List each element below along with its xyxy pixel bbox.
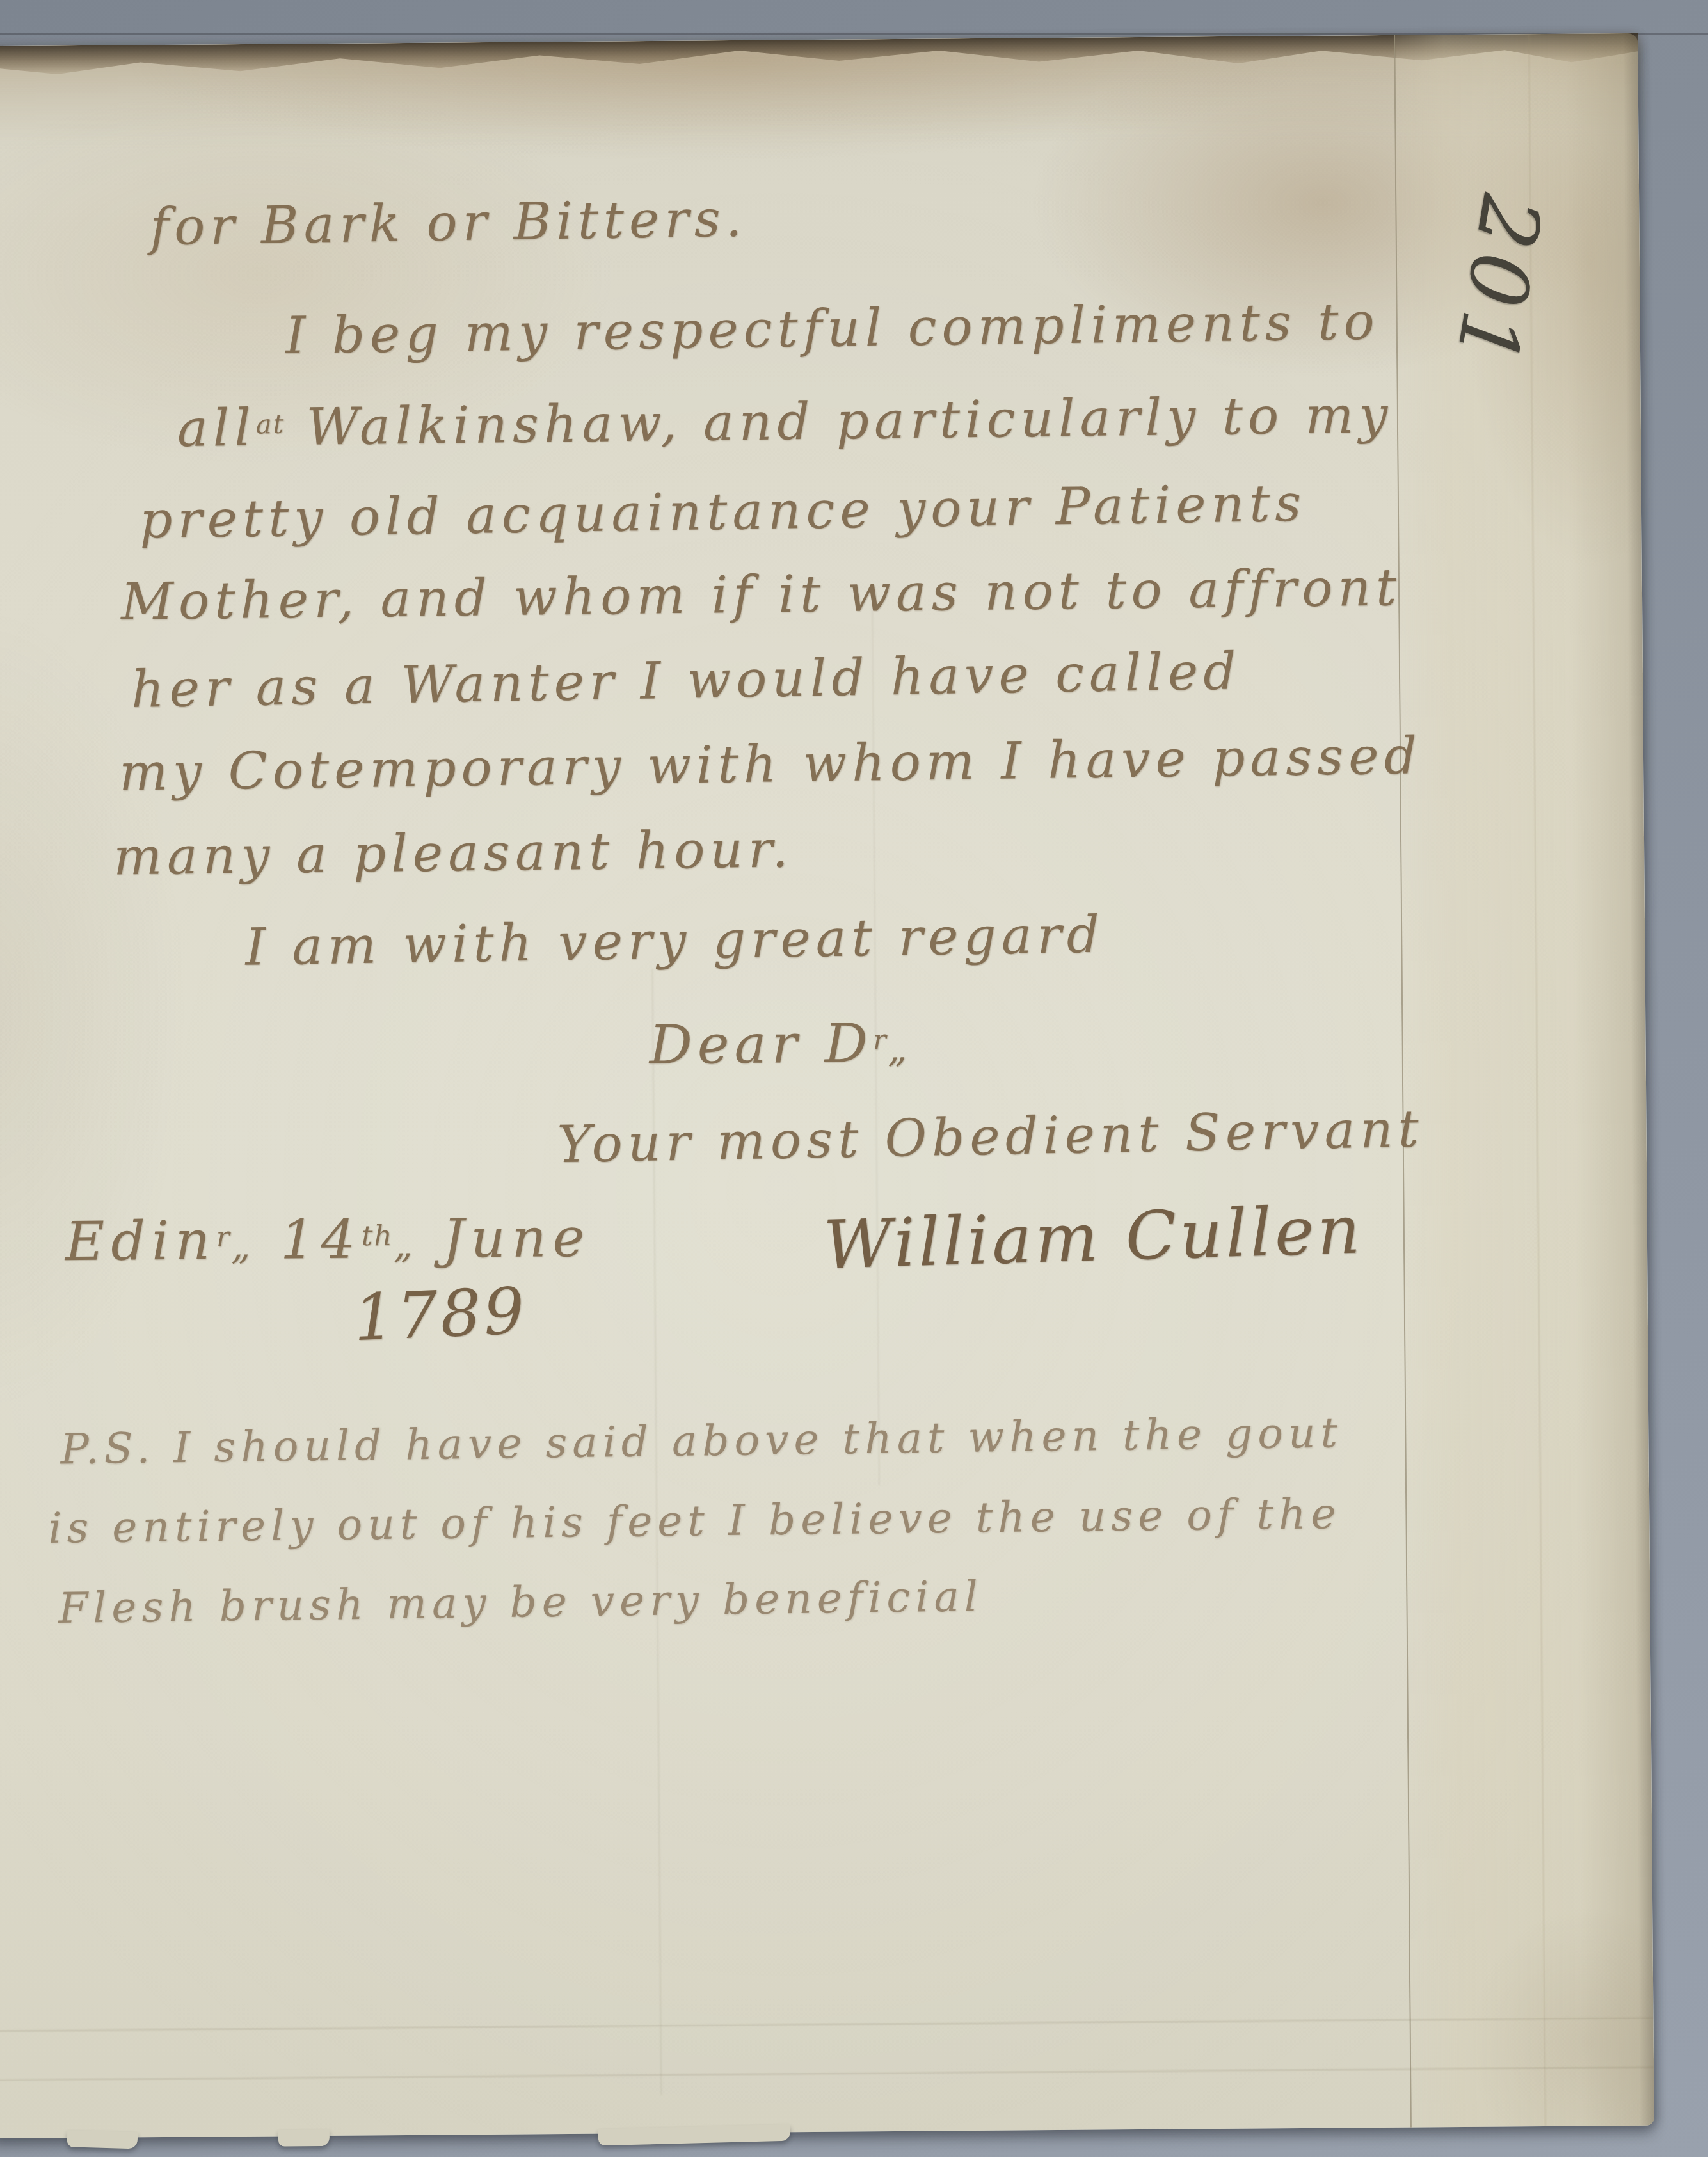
- letter-line-5: Mother, and whom if it was not to affron…: [121, 559, 1402, 630]
- page-number-text: 201: [1436, 188, 1559, 377]
- closing-regard-line: I am with very great regard: [245, 907, 1105, 976]
- bottom-torn-tab: [278, 2129, 330, 2147]
- letter-line-8: many a pleasant hour.: [113, 821, 794, 885]
- abbreviation-marks: „: [231, 1223, 257, 1268]
- letter-line-7: my Cotemporary with whom I have passed: [119, 728, 1423, 801]
- letter-line-3-word: all: [177, 398, 256, 458]
- letter-line-4: pretty old acquaintance your Patients: [139, 475, 1306, 549]
- salutation-text: Dear D: [649, 1012, 873, 1076]
- spacer: [257, 1209, 280, 1271]
- closing-servant-line: Your most Obedient Servant: [557, 1101, 1425, 1173]
- place-text: Edin: [65, 1209, 216, 1273]
- horizontal-crease: [0, 2067, 1654, 2081]
- month-text: June: [442, 1206, 591, 1270]
- horizontal-crease: [0, 2018, 1653, 2032]
- letter-line-3-rest: Walkinshaw, and particularly to my: [285, 385, 1393, 458]
- superscript-abbreviation: r: [873, 1024, 888, 1056]
- letter-line-6: her as a Wanter I would have called: [131, 643, 1241, 718]
- postscript-line-3: Flesh brush may be very beneficial: [58, 1573, 983, 1632]
- letter-line-1: for Bark or Bitters.: [150, 191, 747, 256]
- bottom-torn-tab: [67, 2130, 138, 2149]
- superscript-abbreviation: r: [216, 1221, 231, 1254]
- abbreviation-marks: „: [393, 1222, 419, 1266]
- letter-line-2: I beg my respectful compliments to: [285, 294, 1380, 364]
- salutation-line: Dear Dr„: [649, 1014, 912, 1075]
- spacer: [419, 1207, 443, 1270]
- day-text: 14: [280, 1208, 362, 1271]
- postscript-line-1: P.S. I should have said above that when …: [60, 1410, 1343, 1473]
- abbreviation-marks: „: [888, 1026, 913, 1071]
- letter-line-3: allat Walkinshaw, and particularly to my: [177, 387, 1393, 458]
- postscript-line-2: is entirely out of his feet I believe th…: [48, 1491, 1341, 1552]
- dateline: Edinr„ 14th„ June: [65, 1208, 591, 1271]
- superscript-abbreviation: at: [255, 408, 285, 440]
- bottom-torn-tab: [598, 2124, 791, 2146]
- page-number: 201: [1433, 173, 1563, 392]
- signature: William Cullen: [822, 1193, 1364, 1282]
- superscript-abbreviation: th: [362, 1220, 394, 1252]
- dateline-year: 1789: [353, 1276, 529, 1353]
- letter-page: 201 for Bark or Bitters. I beg my respec…: [0, 33, 1654, 2138]
